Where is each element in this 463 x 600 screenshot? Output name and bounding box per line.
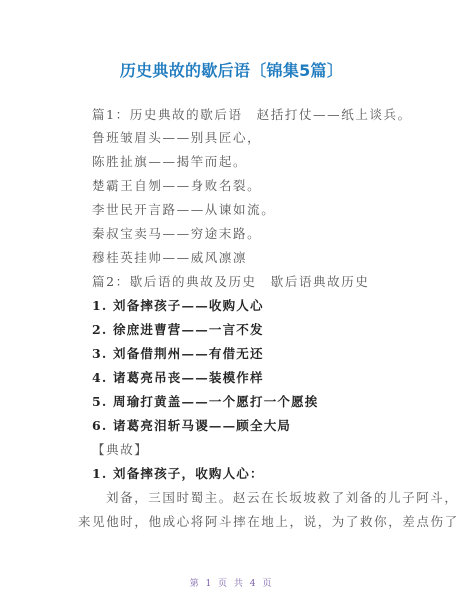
saying-line: 秦叔宝卖马——穷途末路。 [92,224,261,244]
numbered-saying: 5. 周瑜打黄盖——一个愿打一个愿挨 [92,392,319,412]
document-title: 历史典故的歇后语〔锦集5篇〕 [0,60,463,82]
saying-line: 穆桂英挂帅——威风凛凛 [92,248,247,268]
saying-line: 楚霸王自刎——身败名裂。 [92,176,261,196]
section-1-heading: 篇1：历史典故的歇后语 赵括打仗——纸上谈兵。 [92,105,412,125]
allusion-subheading: 1. 刘备摔孩子，收购人心： [92,464,264,484]
numbered-saying: 2. 徐庶进曹营——一言不发 [92,320,264,340]
page-indicator: 第 1 页 共 4 页 [0,576,463,589]
numbered-saying: 1. 刘备摔孩子——收购人心 [92,296,264,316]
paragraph-line: 来见他时，他成心将阿斗摔在地上，说，为了救你，差点伤了 [78,512,459,532]
saying-line: 李世民开言路——从谏如流。 [92,200,275,220]
saying-line: 鲁班皱眉头——别具匠心， [92,128,261,148]
numbered-saying: 3. 刘备借荆州——有借无还 [92,344,264,364]
allusion-heading: 【典故】 [92,440,148,460]
saying-line: 陈胜扯旗——揭竿而起。 [92,152,247,172]
numbered-saying: 6. 诸葛亮泪斩马谡——顾全大局 [92,416,291,436]
section-2-heading: 篇2：歇后语的典故及历史 歇后语典故历史 [92,272,369,292]
paragraph-line: 刘备，三国时蜀主。赵云在长坂坡救了刘备的儿子阿斗， [106,488,459,508]
numbered-saying: 4. 诸葛亮吊丧——装模作样 [92,368,264,388]
